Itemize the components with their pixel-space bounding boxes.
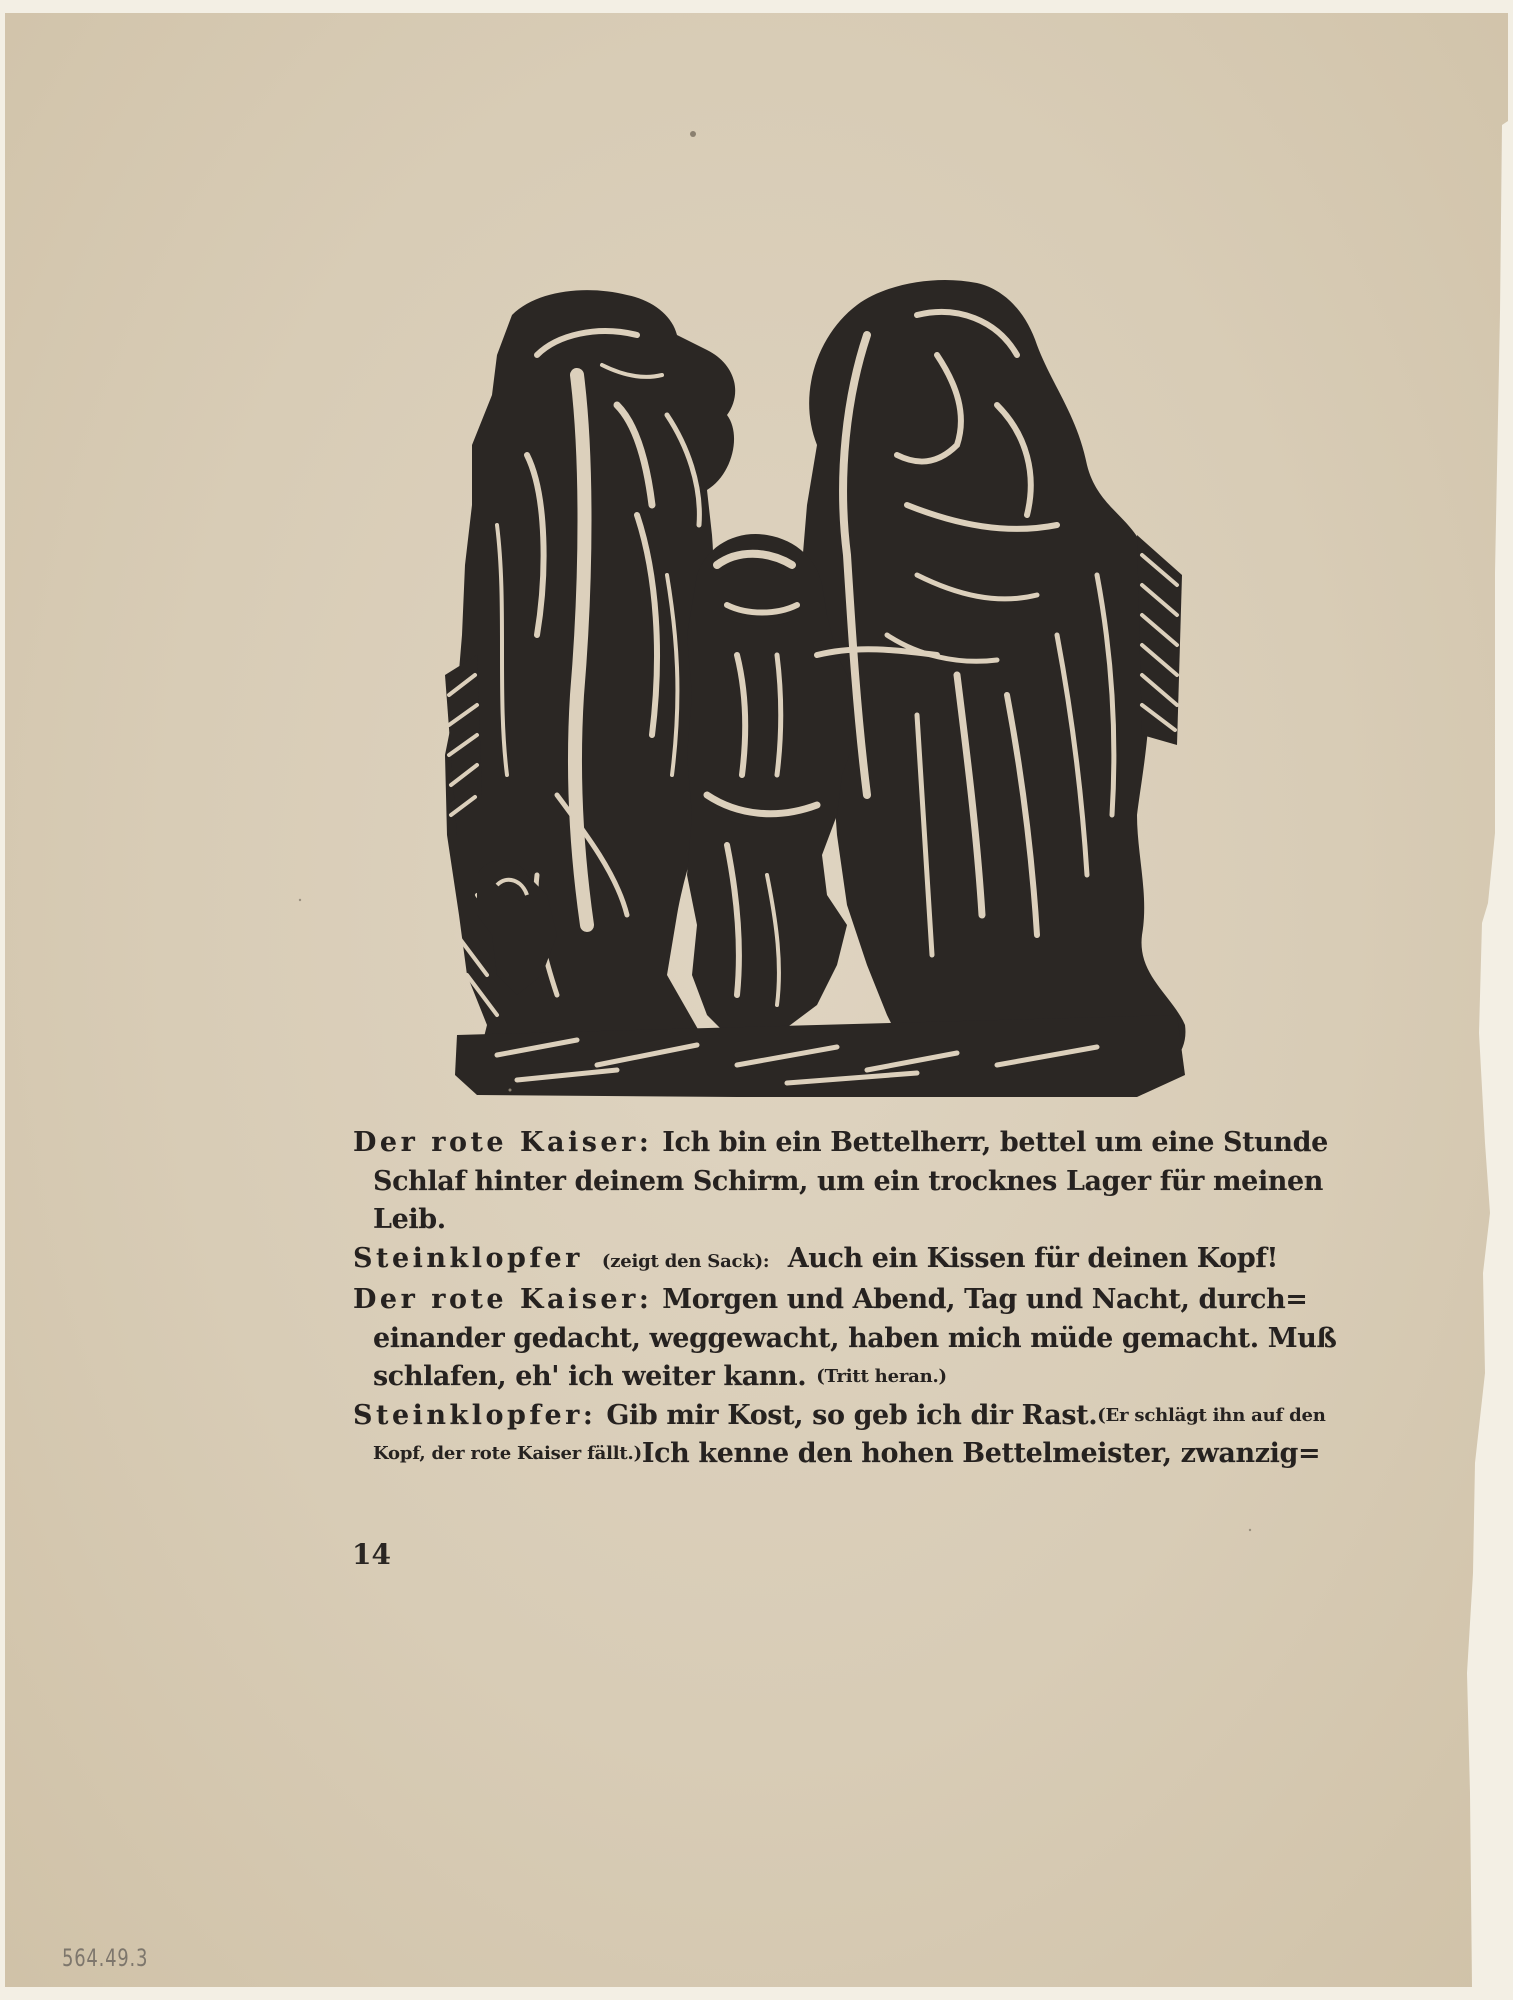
text-line: Der rote Kaiser: Ich bin ein Bettelherr,… <box>353 1124 1278 1163</box>
dialogue: Auch ein Kissen für deinen Kopf! <box>788 1240 1278 1282</box>
text-line: Schlaf hinter deinem Schirm, um ein troc… <box>353 1163 1278 1202</box>
speaker-name: Der rote Kaiser: <box>353 1281 652 1320</box>
stage-direction: (zeigt den Sack): <box>602 1251 769 1272</box>
dialogue: Ich kenne den hohen Bettelmeister, zwanz… <box>642 1435 1320 1474</box>
dialogue: Leib. <box>373 1201 446 1240</box>
text-line: schlafen, eh' ich weiter kann. (Tritt he… <box>353 1358 1278 1397</box>
text-line: Leib. <box>353 1201 1278 1240</box>
play-text: Der rote Kaiser: Ich bin ein Bettelherr,… <box>353 1124 1278 1474</box>
page-number: 14 <box>352 1538 391 1571</box>
text-line: Der rote Kaiser: Morgen und Abend, Tag u… <box>353 1281 1278 1320</box>
stage-direction: Kopf, der rote Kaiser fällt.) <box>373 1435 642 1474</box>
text-line: Kopf, der rote Kaiser fällt.) Ich kenne … <box>353 1435 1278 1474</box>
speaker-name: Steinklopfer: <box>353 1397 596 1436</box>
text-line: einander gedacht, weggewacht, haben mich… <box>353 1320 1278 1359</box>
stage-direction: (Er schlägt ihn auf den <box>1097 1397 1325 1436</box>
text-line: Steinklopfer (zeigt den Sack): Auch ein … <box>353 1240 1278 1282</box>
dialogue: Gib mir Kost, so geb ich dir Rast. <box>606 1397 1097 1436</box>
dialogue: einander gedacht, weggewacht, haben mich… <box>373 1320 1337 1359</box>
speaker-name: Steinklopfer <box>353 1243 583 1274</box>
speaker-name: Der rote Kaiser: <box>353 1124 652 1163</box>
dialogue: Schlaf hinter deinem Schirm, um ein troc… <box>373 1163 1323 1202</box>
dialogue: Morgen und Abend, Tag und Nacht, durch= <box>662 1281 1307 1320</box>
dialogue: Ich bin ein Bettelherr, bettel um eine S… <box>662 1124 1328 1163</box>
text-line: Steinklopfer: Gib mir Kost, so geb ich d… <box>353 1397 1278 1436</box>
woodcut-illustration <box>437 275 1189 1100</box>
stage-direction: (Tritt heran.) <box>816 1358 947 1397</box>
accession-number: 564.49.3 <box>62 1944 148 1972</box>
dialogue: schlafen, eh' ich weiter kann. <box>373 1358 806 1397</box>
